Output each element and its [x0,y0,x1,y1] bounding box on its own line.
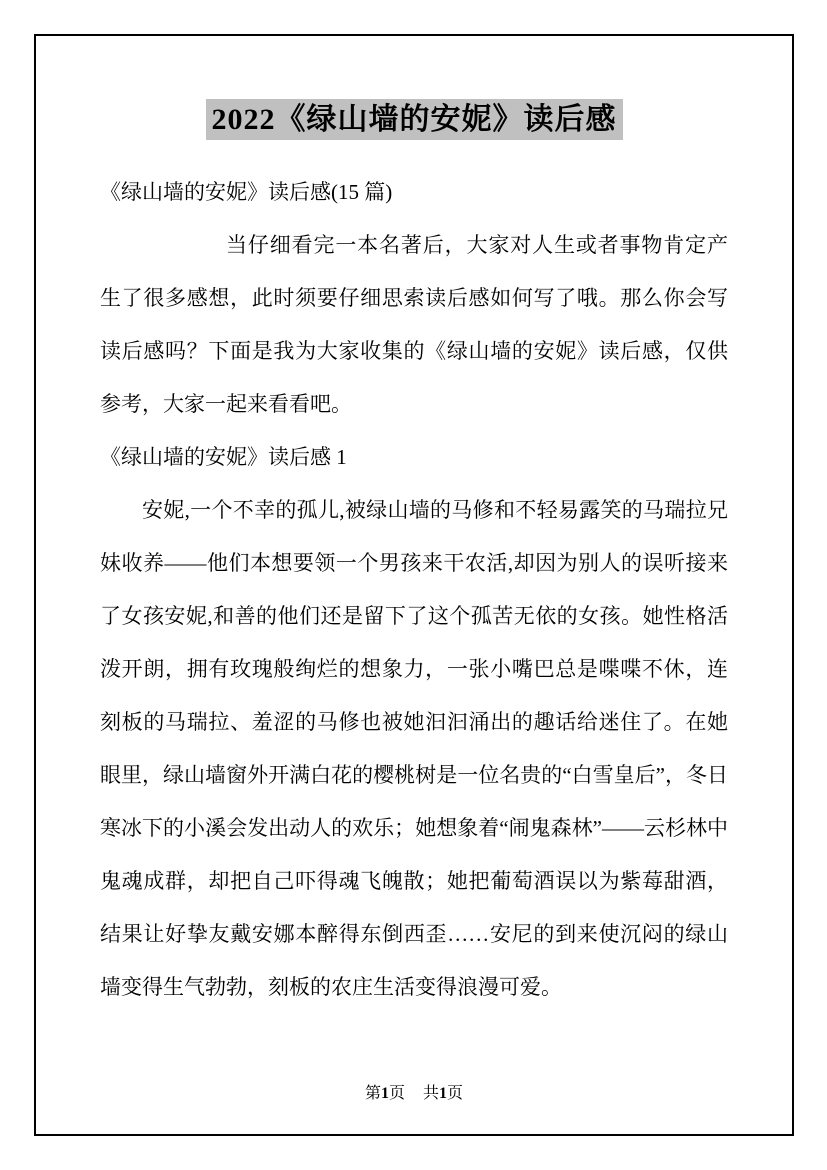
section-1-heading: 《绿山墙的安妮》读后感 1 [100,431,728,484]
total-pages-prefix: 共 [423,1085,439,1102]
section-1-paragraph: 安妮,一个不幸的孤儿,被绿山墙的马修和不轻易露笑的马瑞拉兄妹收养——他们本想要领… [100,484,728,1014]
current-page-label: 第1页 [365,1085,405,1102]
current-page-prefix: 第 [365,1085,381,1102]
current-page-number: 1 [381,1085,389,1102]
document-title: 2022《绿山墙的安妮》读后感 [100,100,728,140]
page-border: 2022《绿山墙的安妮》读后感 《绿山墙的安妮》读后感(15 篇) 当仔细看完一… [34,34,794,1136]
intro-paragraph: 当仔细看完一本名著后，大家对人生或者事物肯定产生了很多感想，此时须要仔细思索读后… [100,219,728,431]
subtitle-line: 《绿山墙的安妮》读后感(15 篇) [100,166,728,219]
total-pages-number: 1 [439,1085,447,1102]
title-highlight: 2022《绿山墙的安妮》读后感 [206,99,623,140]
total-pages-label: 共1页 [423,1085,463,1102]
page-content: 2022《绿山墙的安妮》读后感 《绿山墙的安妮》读后感(15 篇) 当仔细看完一… [36,36,792,1014]
total-pages-suffix: 页 [447,1085,463,1102]
page-footer: 第1页 共1页 [36,1084,792,1104]
current-page-suffix: 页 [389,1085,405,1102]
document-canvas: 2022《绿山墙的安妮》读后感 《绿山墙的安妮》读后感(15 篇) 当仔细看完一… [0,0,827,1170]
